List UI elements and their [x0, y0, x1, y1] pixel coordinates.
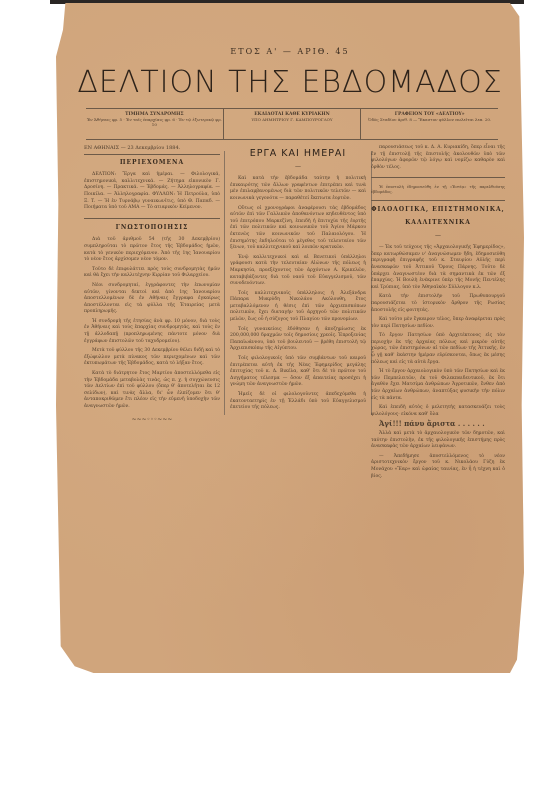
office-box: ΓΡΑΦΕΙΟΝ ΤΟΥ «ΔΕΛΤΙΟΥ» Ὁδὸς Σταδίου ἀριθ… [361, 109, 498, 139]
publication-box: ΕΚΔΙΔΟΤΑΙ ΚΑΘΕ ΚΥΡΙΑΚΗΝ ΥΠΟ ΔΗΜΗΤΡΙΟΥ Γ.… [224, 109, 362, 139]
section-title-line1: ΦΙΛΟΛΟΓΙΚΑ, ΕΠΙΣΤΗΜΟΝΙΚΑ, [371, 207, 505, 214]
office-text: Ὁδὸς Σταδίου ἀριθ. 8 — Ἕκαστον φύλλον πω… [368, 117, 491, 122]
article-paragraph: Οὕτως οἱ χρονογράφοι ἀναφέρουσι τὰς ἑβδο… [230, 206, 366, 252]
notice-paragraph: Μετὰ τοῦ φύλλου τῆς 30 Δεκεμβρίου θέλει … [84, 348, 220, 368]
column-left: ΕΝ ΑΘΗΝΑΙΣ — 23 Δεκεμβρίου 1884. ΠΕΡΙΕΧΟ… [84, 145, 220, 429]
notice-title: ΓΝΩΣΤΟΠΟΙΗΣΙΣ [84, 225, 220, 232]
notice-paragraph: Νέοι συνδρομηταί, ἐγγράφοντες τὴν ἐπωνυμ… [84, 283, 220, 316]
article-paragraph: Τοῖς καλλιτεχνικοῖς ὑπάλληλοις ἡ Ἀλεξάνδ… [230, 291, 366, 324]
section-paragraph: — Ἐκ τοῦ τεύχους τῆς «Ἀρχαιολογικῆς Ἐφημ… [371, 245, 505, 291]
newspaper-page: ΕΤΟΣ Α' — ΑΡΙΘ. 45 ΔΕΛΤΙΟΝ ΤΗΣ ΕΒΔΟΜΑΔΟΣ… [56, 3, 524, 673]
article-paragraph: Ἐνῷ καλλιτεχνικοὶ καὶ αἱ Βενετικοὶ ὑπάλλ… [230, 255, 366, 288]
notice-paragraph: Κατὰ τὸ διάτρητον ἔτος Μαρτίου ἀποστελλό… [84, 371, 220, 411]
contents-text: ΔΕΛΤΙΟΝ: Ἔργα καὶ ἡμέραι. — Φιλολογικά, … [84, 172, 220, 212]
article-paragraph: Τοῖς φιλολογικοῖς ὑπὸ τῶν συμβάντων τοῦ … [230, 356, 366, 389]
article-paragraph: Καὶ κατὰ τὴν ἑβδομάδα ταύτην ἡ πολιτικὴ … [230, 176, 366, 202]
divider [84, 218, 220, 219]
continued-paragraph: παρουσιάσεως τοῦ κ. Δ. Α. Κυριακίδη, ὅπε… [371, 145, 505, 171]
divider [371, 200, 505, 201]
footnote: Ἡ ἐπιστολὴ ἐδημοσιεύθη ἐν τῇ «Ἑστίᾳ» τῆς… [371, 184, 505, 194]
section-paragraph: Καὶ τοῦτο μὲν ἔγκαιρον τέλος, ὅπερ ἀναφέ… [371, 317, 505, 330]
subscription-text: Ἐν Ἀθήναις φρ. 5 · Ἐν ταῖς ἐπαρχίαις φρ.… [87, 117, 222, 127]
article-paragraph: Τοῖς γυναικείοις ἐδόθησαν ἡ ἀποζημίωσις … [230, 327, 366, 353]
section-title-line2: ΚΑΛΛΙΤΕΧΝΙΚΑ [371, 220, 505, 227]
section-paragraph: Καὶ ἐπειδὴ αὐτὸς ὁ μελετητὴς κατασκευάζε… [371, 405, 505, 418]
section-paragraph: Τὸ ἔργον Πατησίων ὑπὸ ἀρχιτέκτονος εἰς τ… [371, 333, 505, 366]
article-paragraph: Ἡμεῖς δὲ οἱ φιλολογοῦντες ἀπεδεχόμεθα ἡ … [230, 392, 366, 412]
column-middle: ΕΡΓΑ ΚΑΙ ΗΜΕΡΑΙ — Καὶ κατὰ τὴν ἑβδομάδα … [224, 151, 372, 415]
bold-exclamation: Ἀγί!!! πάνυ ἄριστα . . . . . . [371, 421, 505, 428]
title-dash: — [371, 233, 505, 240]
column-right: παρουσιάσεως τοῦ κ. Δ. Α. Κυριακίδη, ὅπε… [371, 145, 505, 483]
section-paragraph: — Ἀπεδήμησε ἀποστελλόμενος τὸ νέον ἀριστ… [371, 454, 505, 480]
divider [371, 177, 505, 178]
newspaper-title: ΔΕΛΤΙΟΝ ΤΗΣ ΕΒΔΟΜΑΔΟΣ [56, 65, 524, 100]
dateline: ΕΝ ΑΘΗΝΑΙΣ — 23 Δεκεμβρίου 1884. [84, 145, 220, 155]
section-paragraph: Ἡ τὸ ἔργον ἀρχαιολογικὸν ὑπὸ τῶν Πατησίω… [371, 369, 505, 402]
section-paragraph: Ἀλλὰ καὶ μετὰ τὸ ἀρχαιολογικὸν τῶν δημοτ… [371, 431, 505, 451]
publication-text: ΥΠΟ ΔΗΜΗΤΡΙΟΥ Γ. ΚΑΜΠΟΥΡΟΓΛΟΥ [251, 117, 332, 122]
title-dash: — [230, 164, 366, 171]
notice-paragraph: Τοῦτο δὲ ἐπιφυλάττει πρὸς τοὺς συνδρομητ… [84, 267, 220, 280]
notice-paragraph: Διὰ τοῦ ἀριθμοῦ 54 (τῆς 30 Δεκεμβρίου) σ… [84, 237, 220, 263]
subscription-box: ΤΙΜΗΜΑ ΣΥΝΔΡΟΜΗΣ Ἐν Ἀθήναις φρ. 5 · Ἐν τ… [86, 109, 224, 139]
ornament-divider: ~~~◦◦◦~~~ [84, 417, 220, 424]
notice-paragraph: Ἡ συνδρομὴ τῆς ἐτησίας ἀνὰ φρ. 10 μόνον,… [84, 319, 220, 345]
section-paragraph: Κατὰ τὴν ἐπιστολὴν τοῦ Πρωθυπουργοῦ παρο… [371, 294, 505, 314]
masthead-info-boxes: ΤΙΜΗΜΑ ΣΥΝΔΡΟΜΗΣ Ἐν Ἀθήναις φρ. 5 · Ἐν τ… [86, 108, 498, 140]
article-title: ΕΡΓΑ ΚΑΙ ΗΜΕΡΑΙ [230, 151, 366, 158]
contents-title: ΠΕΡΙΕΧΟΜΕΝΑ [84, 160, 220, 167]
issue-number: ΕΤΟΣ Α' — ΑΡΙΘ. 45 [56, 47, 524, 56]
